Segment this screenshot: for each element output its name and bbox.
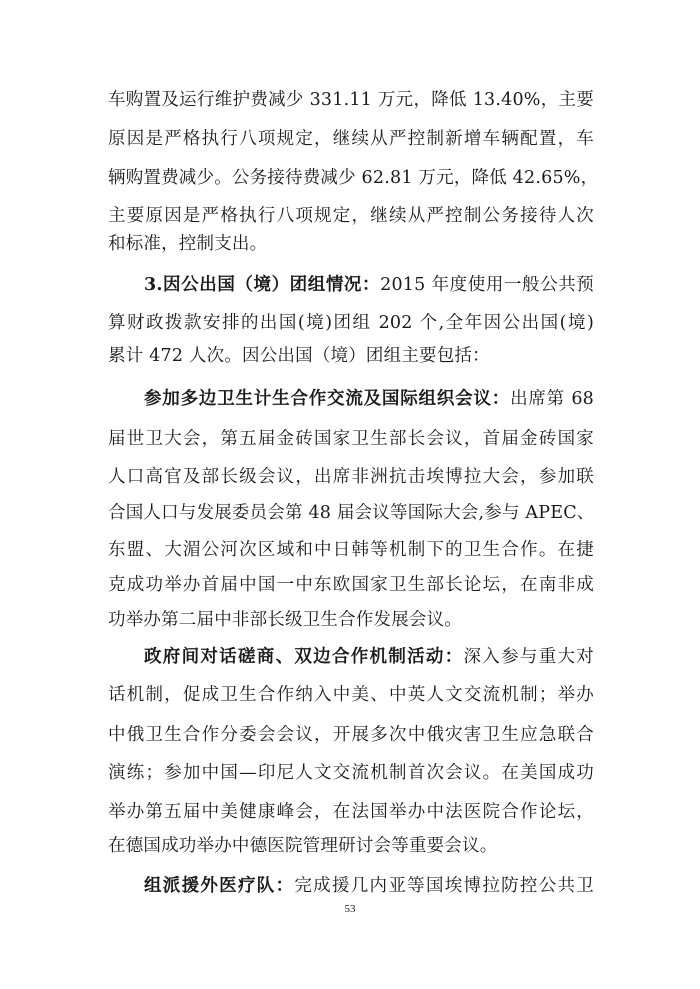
subheading: 政府间对话磋商、双边合作机制活动： (144, 647, 464, 667)
body-text-line: 届世卫大会，第五届金砖国家卫生部长会议，首届金砖国家 (108, 428, 594, 450)
body-text: 2015 年度使用一般公共预 (380, 275, 594, 295)
body-text-line: 算财政拨款安排的出国(境)团组 202 个,全年因公出国(境) (108, 312, 594, 334)
section-heading-line: 3.因公出国（境）团组情况：2015 年度使用一般公共预 (144, 274, 594, 296)
body-text-line: 人口高官及部长级会议，出席非洲抗击埃博拉大会，参加联 (108, 466, 594, 488)
body-text-line: 主要原因是严格执行八项规定，继续从严控制公务接待人次 (108, 205, 594, 227)
body-text-line: 合国人口与发展委员会第 48 届会议等国际大会,参与 APEC、 (108, 502, 594, 524)
subheading: 参加多边卫生计生合作交流及国际组织会议： (144, 389, 510, 409)
page-number: 53 (0, 903, 700, 915)
document-page: 车购置及运行维护费减少 331.11 万元，降低 13.40%，主要 原因是严格… (0, 0, 700, 989)
body-text-line: 克成功举办首届中国一中东欧国家卫生部长论坛，在南非成 (108, 574, 594, 596)
body-text-line: 原因是严格执行八项规定，继续从严控制新增车辆配置，车 (108, 128, 594, 150)
body-text-line: 功举办第二届中非部长级卫生合作发展会议。 (108, 609, 594, 631)
subheading-line: 参加多边卫生计生合作交流及国际组织会议：出席第 68 (144, 388, 594, 410)
body-text-line: 演练；参加中国—印尼人文交流机制首次会议。在美国成功 (108, 762, 594, 784)
body-text: 深入参与重大对 (464, 647, 594, 667)
body-text: 出席第 68 (510, 389, 594, 409)
body-text-line: 东盟、大湄公河次区域和中日韩等机制下的卫生合作。在捷 (108, 539, 594, 561)
body-text: 完成援几内亚等国埃博拉防控公共卫 (294, 876, 594, 896)
body-text-line: 辆购置费减少。公务接待费减少 62.81 万元，降低 42.65%， (108, 167, 594, 189)
subheading-line: 组派援外医疗队：完成援几内亚等国埃博拉防控公共卫 (144, 875, 594, 897)
section-heading: 3.因公出国（境）团组情况： (144, 275, 380, 295)
body-text-line: 举办第五届中美健康峰会，在法国举办中法医院合作论坛， (108, 801, 594, 823)
body-text-line: 累计 472 人次。因公出国（境）团组主要包括： (108, 345, 594, 367)
subheading-line: 政府间对话磋商、双边合作机制活动：深入参与重大对 (144, 646, 594, 668)
body-text-line: 车购置及运行维护费减少 331.11 万元，降低 13.40%，主要 (108, 89, 594, 111)
body-text-line: 在德国成功举办中德医院管理研讨会等重要会议。 (108, 835, 594, 857)
body-text-line: 话机制，促成卫生合作纳入中美、中英人文交流机制；举办 (108, 684, 594, 706)
body-text-line: 中俄卫生合作分委会会议，开展多次中俄灾害卫生应急联合 (108, 724, 594, 746)
subheading: 组派援外医疗队： (144, 876, 294, 896)
body-text-line: 和标准，控制支出。 (108, 233, 594, 255)
